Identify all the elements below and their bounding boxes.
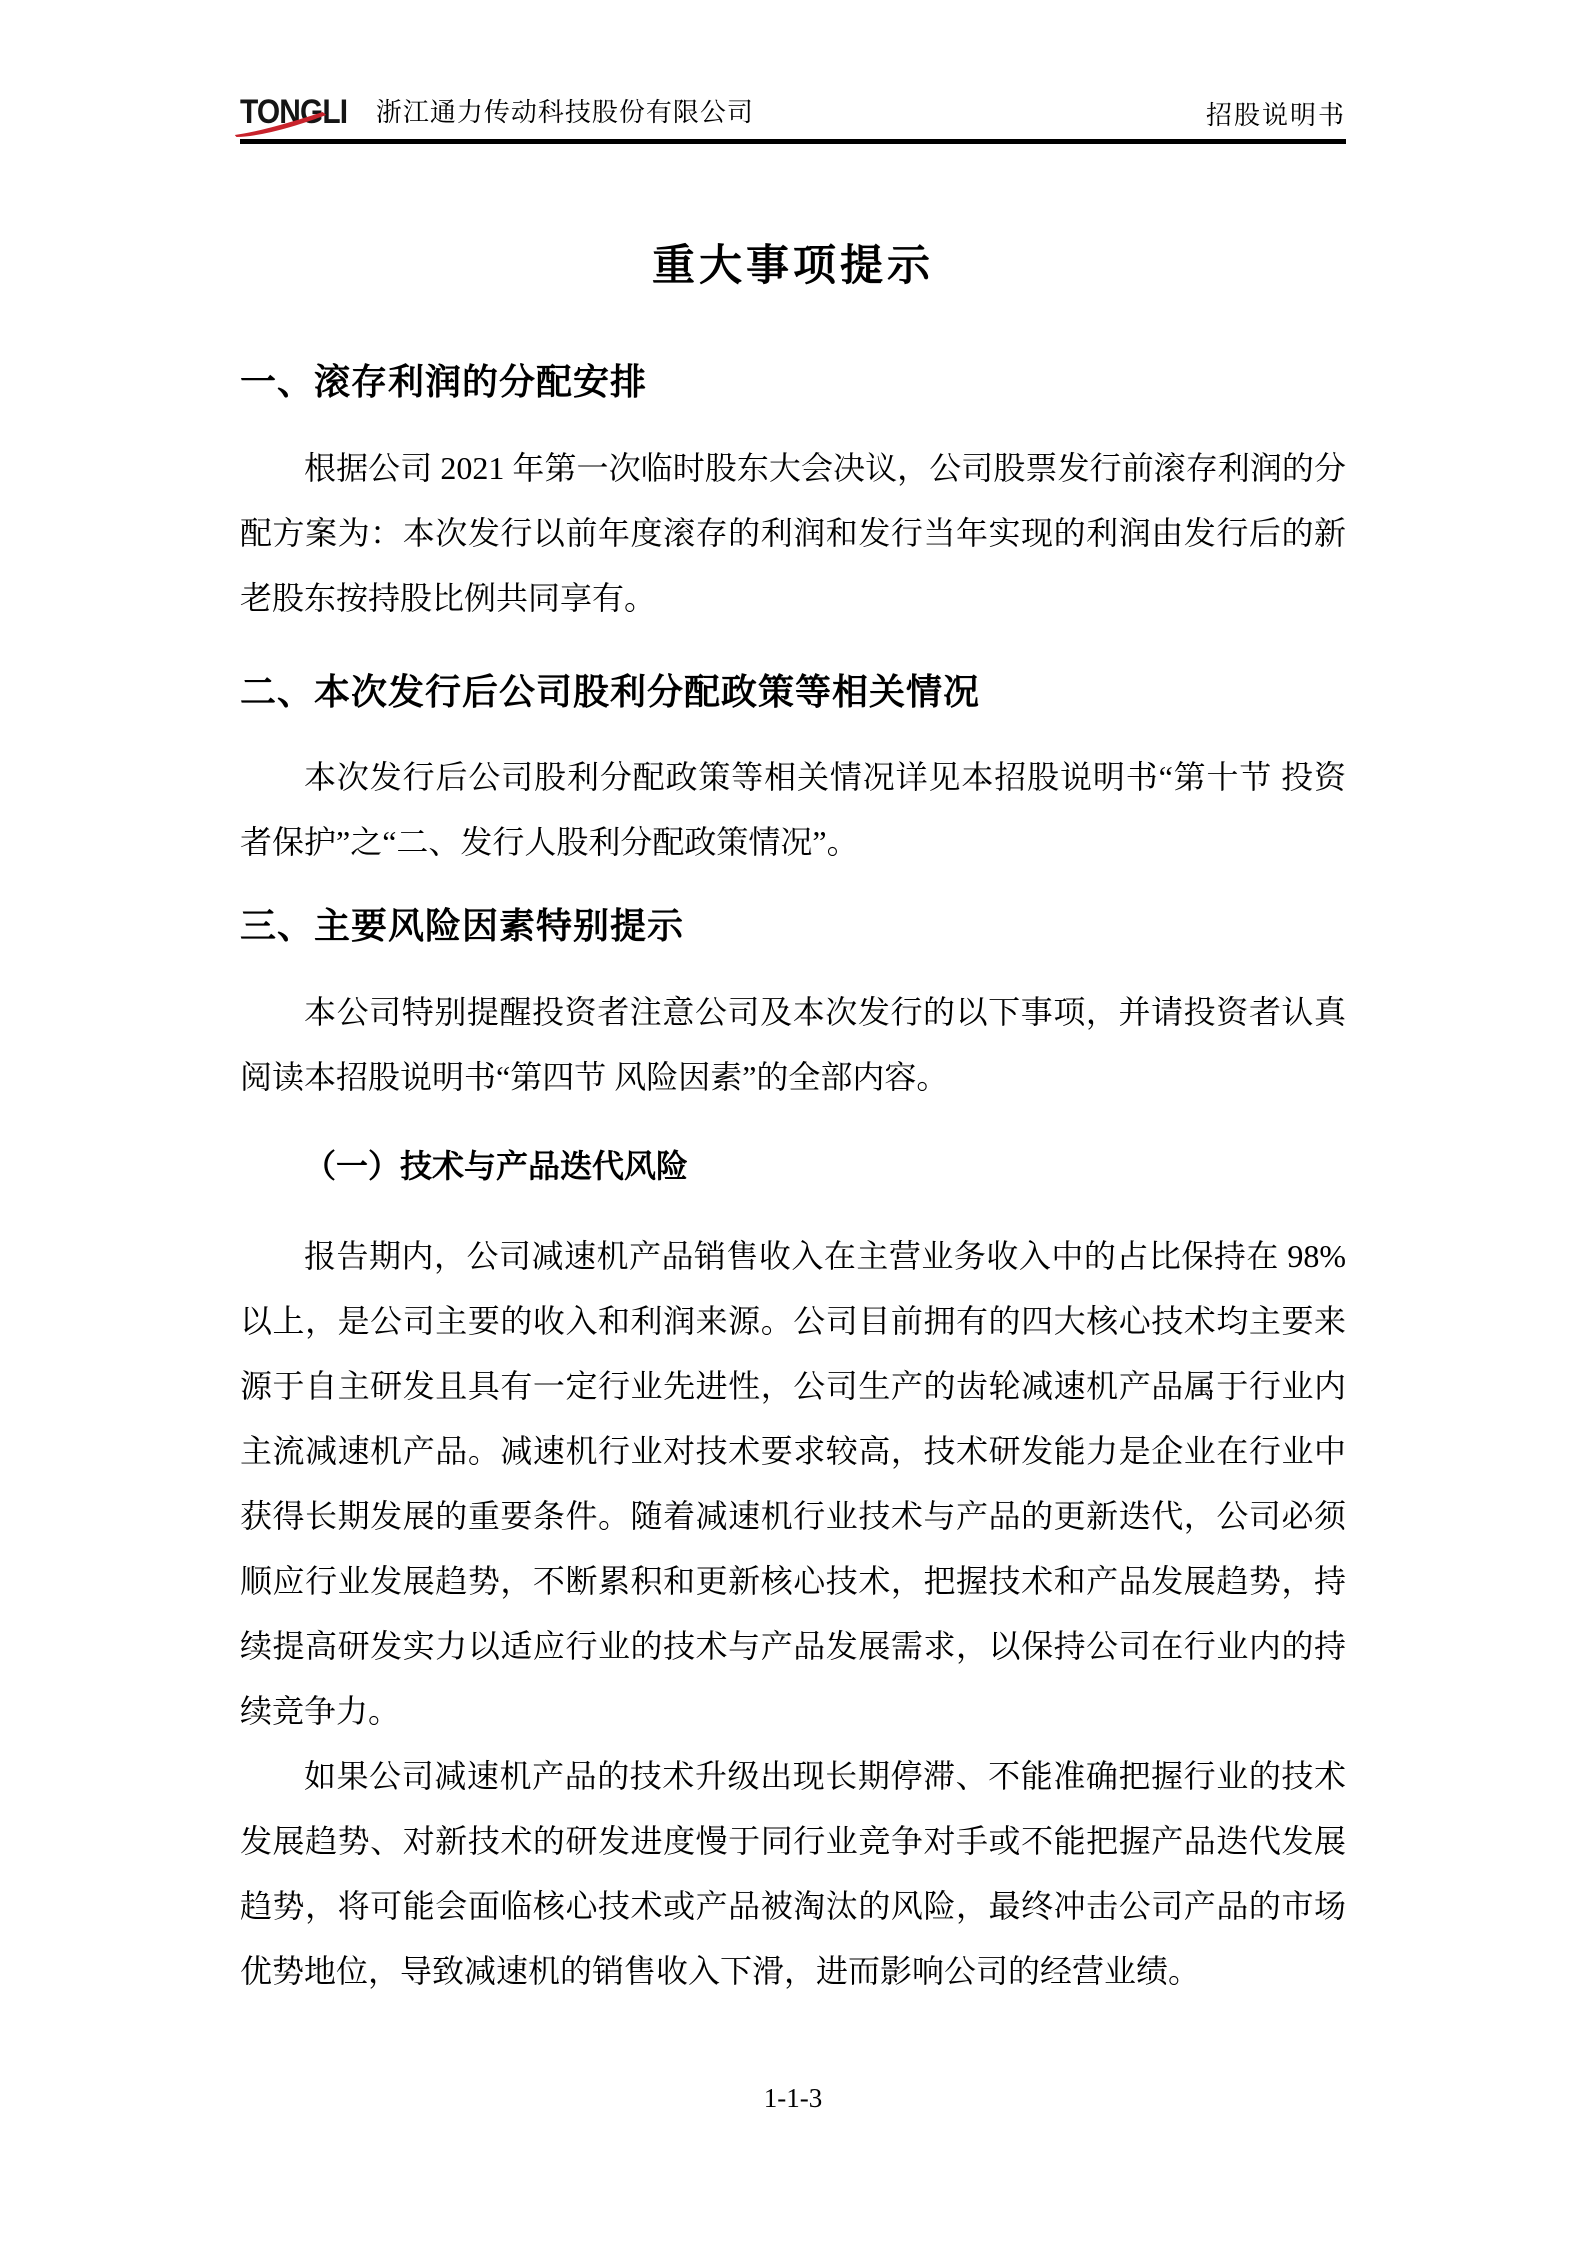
subsection-heading: （一）技术与产品迭代风险 (240, 1146, 1346, 1188)
header-divider (240, 139, 1346, 144)
document-page: TONGLI 浙江通力传动科技股份有限公司 招股说明书 重大事项提示 一、滚存利… (0, 0, 1586, 2244)
paragraph: 如果公司减速机产品的技术升级出现长期停滞、不能准确把握行业的技术发展趋势、对新技… (240, 1744, 1346, 2004)
paragraph: 根据公司 2021 年第一次临时股东大会决议，公司股票发行前滚存利润的分配方案为… (240, 436, 1346, 631)
paragraph: 本次发行后公司股利分配政策等相关情况详见本招股说明书“第十节 投资者保护”之“二… (240, 745, 1346, 875)
paragraph: 报告期内，公司减速机产品销售收入在主营业务收入中的占比保持在 98%以上，是公司… (240, 1224, 1346, 1744)
section-retained-profit: 一、滚存利润的分配安排 根据公司 2021 年第一次临时股东大会决议，公司股票发… (240, 359, 1346, 631)
page-footer: 1-1-3 (0, 2083, 1586, 2114)
company-name: 浙江通力传动科技股份有限公司 (376, 97, 754, 131)
document-header: TONGLI 浙江通力传动科技股份有限公司 招股说明书 (240, 95, 1346, 131)
section-heading: 一、滚存利润的分配安排 (240, 359, 1346, 406)
doc-type-label: 招股说明书 (1206, 101, 1346, 133)
section-dividend-policy: 二、本次发行后公司股利分配政策等相关情况 本次发行后公司股利分配政策等相关情况详… (240, 669, 1346, 876)
tongli-logo: TONGLI (240, 95, 347, 131)
header-left: TONGLI 浙江通力传动科技股份有限公司 (240, 95, 754, 131)
header-right: 招股说明书 (1206, 100, 1346, 131)
page-number: 1-1-3 (764, 2083, 822, 2113)
section-risk-factors: 三、主要风险因素特别提示 本公司特别提醒投资者注意公司及本次发行的以下事项，并请… (240, 903, 1346, 2003)
paragraph: 本公司特别提醒投资者注意公司及本次发行的以下事项，并请投资者认真阅读本招股说明书… (240, 980, 1346, 1110)
section-heading: 二、本次发行后公司股利分配政策等相关情况 (240, 669, 1346, 716)
tongli-logo-text: TONGLI (240, 93, 347, 131)
page-title: 重大事项提示 (240, 239, 1346, 295)
section-heading: 三、主要风险因素特别提示 (240, 903, 1346, 950)
